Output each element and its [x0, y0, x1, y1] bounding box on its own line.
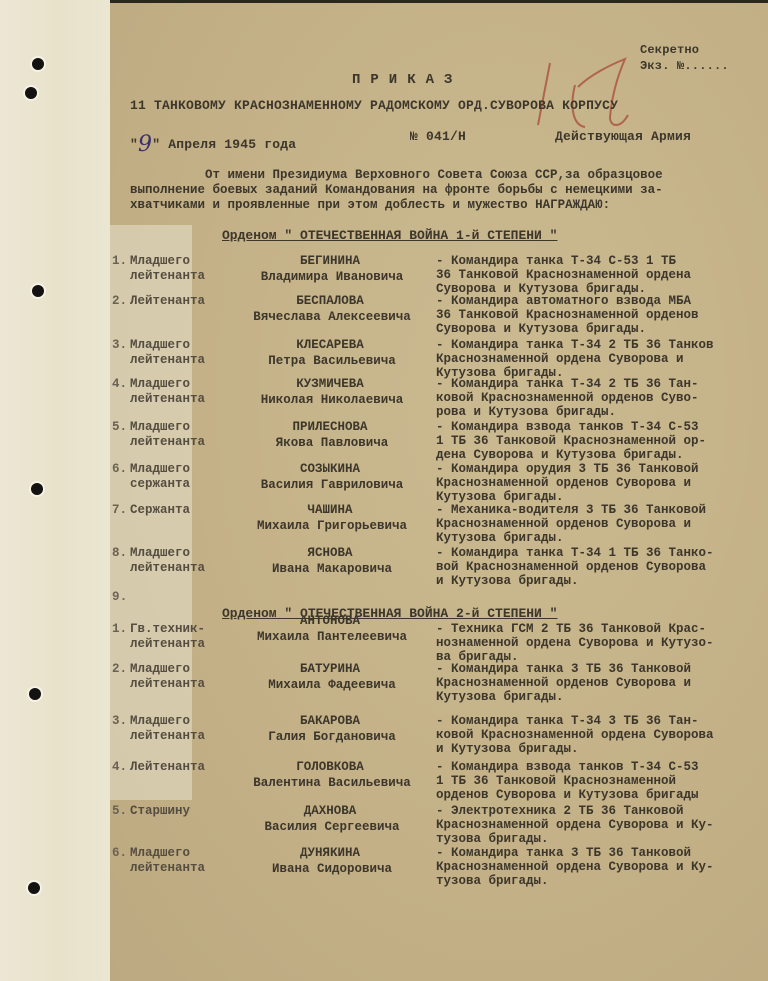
- entry-position: - Механика-водителя 3 ТБ 36 Танковой Кра…: [436, 503, 766, 545]
- entry-given-names: Ивана Макаровича: [232, 562, 432, 576]
- entry-given-names: Вячеслава Алексеевича: [232, 310, 432, 324]
- date-month-year: " Апреля 1945 года: [152, 137, 296, 152]
- entry-rank: Старшину: [130, 804, 190, 819]
- punch-hole: [31, 483, 43, 495]
- entry-number: 5.: [112, 420, 127, 434]
- classification-stamp: Секретно Экз. №......: [640, 42, 729, 74]
- entry-rank: Младшего лейтенанта: [130, 377, 205, 407]
- entry-surname: ЯСНОВА: [235, 546, 425, 560]
- entry-surname: БЕГИНИНА: [235, 254, 425, 268]
- entry-rank: Младшего лейтенанта: [130, 662, 205, 692]
- entry-number: 6.: [112, 462, 127, 476]
- entry-number: 2.: [112, 294, 127, 308]
- order-date: "9" Апреля 1945 года: [130, 129, 296, 154]
- entry-number: 3.: [112, 338, 127, 352]
- entry-surname: БАКАРОВА: [235, 714, 425, 728]
- issuing-location: Действующая Армия: [555, 129, 691, 144]
- entry-number: 4.: [112, 760, 127, 774]
- entry-given-names: Ивана Сидоровича: [232, 862, 432, 876]
- entry-surname: СОЗЫКИНА: [235, 462, 425, 476]
- entry-number: 6.: [112, 846, 127, 860]
- entry-given-names: Валентина Васильевича: [232, 776, 432, 790]
- entry-position: - Командира танка Т-34 2 ТБ 36 Танков Кр…: [436, 338, 766, 380]
- entry-given-names: Якова Павловича: [232, 436, 432, 450]
- entry-rank: Младшего лейтенанта: [130, 846, 205, 876]
- entry-position: - Командира орудия 3 ТБ 36 Танковой Крас…: [436, 462, 766, 504]
- entry-surname: ЧАШИНА: [235, 503, 425, 517]
- preamble-line: От имени Президиума Верховного Совета Со…: [130, 168, 740, 183]
- entry-position: - Командира танка Т-34 1 ТБ 36 Танко- во…: [436, 546, 766, 588]
- entry-surname: КУЗМИЧЕВА: [235, 377, 425, 391]
- preamble-line: хватчиками и проявленные при этом доблес…: [130, 198, 740, 213]
- entry-number: 9.: [112, 590, 127, 604]
- entry-position: - Командира танка Т-34 2 ТБ 36 Тан- ково…: [436, 377, 766, 419]
- punch-hole: [29, 688, 41, 700]
- entry-given-names: Михаила Григорьевича: [232, 519, 432, 533]
- date-quote-open: ": [130, 137, 138, 152]
- entry-number: 3.: [112, 714, 127, 728]
- entry-given-names: Михаила Фадеевича: [232, 678, 432, 692]
- entry-position: - Электротехника 2 ТБ 36 Танковой Красно…: [436, 804, 766, 846]
- entry-surname: КЛЕСАРЕВА: [235, 338, 425, 352]
- punch-hole: [32, 285, 44, 297]
- document-title: ПРИКАЗ: [352, 72, 462, 88]
- entry-rank: Младшего лейтенанта: [130, 338, 205, 368]
- secret-label: Секретно: [640, 42, 729, 58]
- archive-number-handwritten: [530, 55, 640, 135]
- preamble: От имени Президиума Верховного Совета Со…: [130, 168, 740, 213]
- entry-given-names: Владимира Ивановича: [232, 270, 432, 284]
- entry-given-names: Петра Васильевича: [232, 354, 432, 368]
- entry-number: 1.: [112, 622, 127, 636]
- entry-surname: ДАХНОВА: [235, 804, 425, 818]
- entry-surname: ГОЛОВКОВА: [235, 760, 425, 774]
- entry-position: - Техника ГСМ 2 ТБ 36 Танковой Крас- ноз…: [436, 622, 766, 664]
- entry-number: 8.: [112, 546, 127, 560]
- entry-rank: Лейтенанта: [130, 760, 205, 775]
- entry-rank: Младшего лейтенанта: [130, 254, 205, 284]
- punch-hole: [28, 882, 40, 894]
- entry-surname: ДУНЯКИНА: [235, 846, 425, 860]
- entry-given-names: Василия Гавриловича: [232, 478, 432, 492]
- entry-number: 1.: [112, 254, 127, 268]
- entry-surname: БАТУРИНА: [235, 662, 425, 676]
- entry-number: 2.: [112, 662, 127, 676]
- entry-surname: ПРИЛЕСНОВА: [235, 420, 425, 434]
- entry-surname: БЕСПАЛОВА: [235, 294, 425, 308]
- preamble-line: выполнение боевых заданий Командования н…: [130, 183, 740, 198]
- order-number: № 041/Н: [410, 129, 466, 144]
- entry-position: - Командира взвода танков Т-34 С-53 1 ТБ…: [436, 760, 766, 802]
- entry-position: - Командира танка Т-34 3 ТБ 36 Тан- ково…: [436, 714, 766, 756]
- entry-given-names: Галия Богдановича: [232, 730, 432, 744]
- entry-given-names: Николая Николаевича: [232, 393, 432, 407]
- date-day-handwritten: 9: [138, 132, 152, 157]
- entry-number: 4.: [112, 377, 127, 391]
- entry-position: - Командира автоматного взвода МБА 36 Та…: [436, 294, 766, 336]
- entry-surname: АНТОНОВА: [235, 614, 425, 628]
- entry-position: - Командира взвода танков Т-34 С-53 1 ТБ…: [436, 420, 766, 462]
- entry-given-names: Михаила Пантелеевича: [232, 630, 432, 644]
- entry-rank: Младшего лейтенанта: [130, 420, 205, 450]
- entry-rank: Младшего лейтенанта: [130, 546, 205, 576]
- entry-number: 5.: [112, 804, 127, 818]
- entry-number: 7.: [112, 503, 127, 517]
- entry-position: - Командира танка 3 ТБ 36 Танковой Красн…: [436, 846, 766, 888]
- binder-strip: [0, 0, 110, 981]
- entry-rank: Младшего лейтенанта: [130, 714, 205, 744]
- entry-given-names: Василия Сергеевича: [232, 820, 432, 834]
- entry-position: - Командира танка Т-34 С-53 1 ТБ 36 Танк…: [436, 254, 766, 296]
- entry-rank: Сержанта: [130, 503, 190, 518]
- punch-hole: [32, 58, 44, 70]
- entry-position: - Командира танка 3 ТБ 36 Танковой Красн…: [436, 662, 766, 704]
- entry-rank: Лейтенанта: [130, 294, 205, 309]
- unit-name: 11 ТАНКОВОМУ КРАСНОЗНАМЕННОМУ РАДОМСКОМУ…: [130, 98, 618, 113]
- punch-hole: [25, 87, 37, 99]
- entry-rank: Младшего сержанта: [130, 462, 190, 492]
- section-heading-order-1st-degree: Орденом " ОТЕЧЕСТВЕННАЯ ВОЙНА 1-й СТЕПЕН…: [222, 228, 557, 243]
- copy-number-label: Экз. №......: [640, 58, 729, 74]
- entry-rank: Гв.техник- лейтенанта: [130, 622, 205, 652]
